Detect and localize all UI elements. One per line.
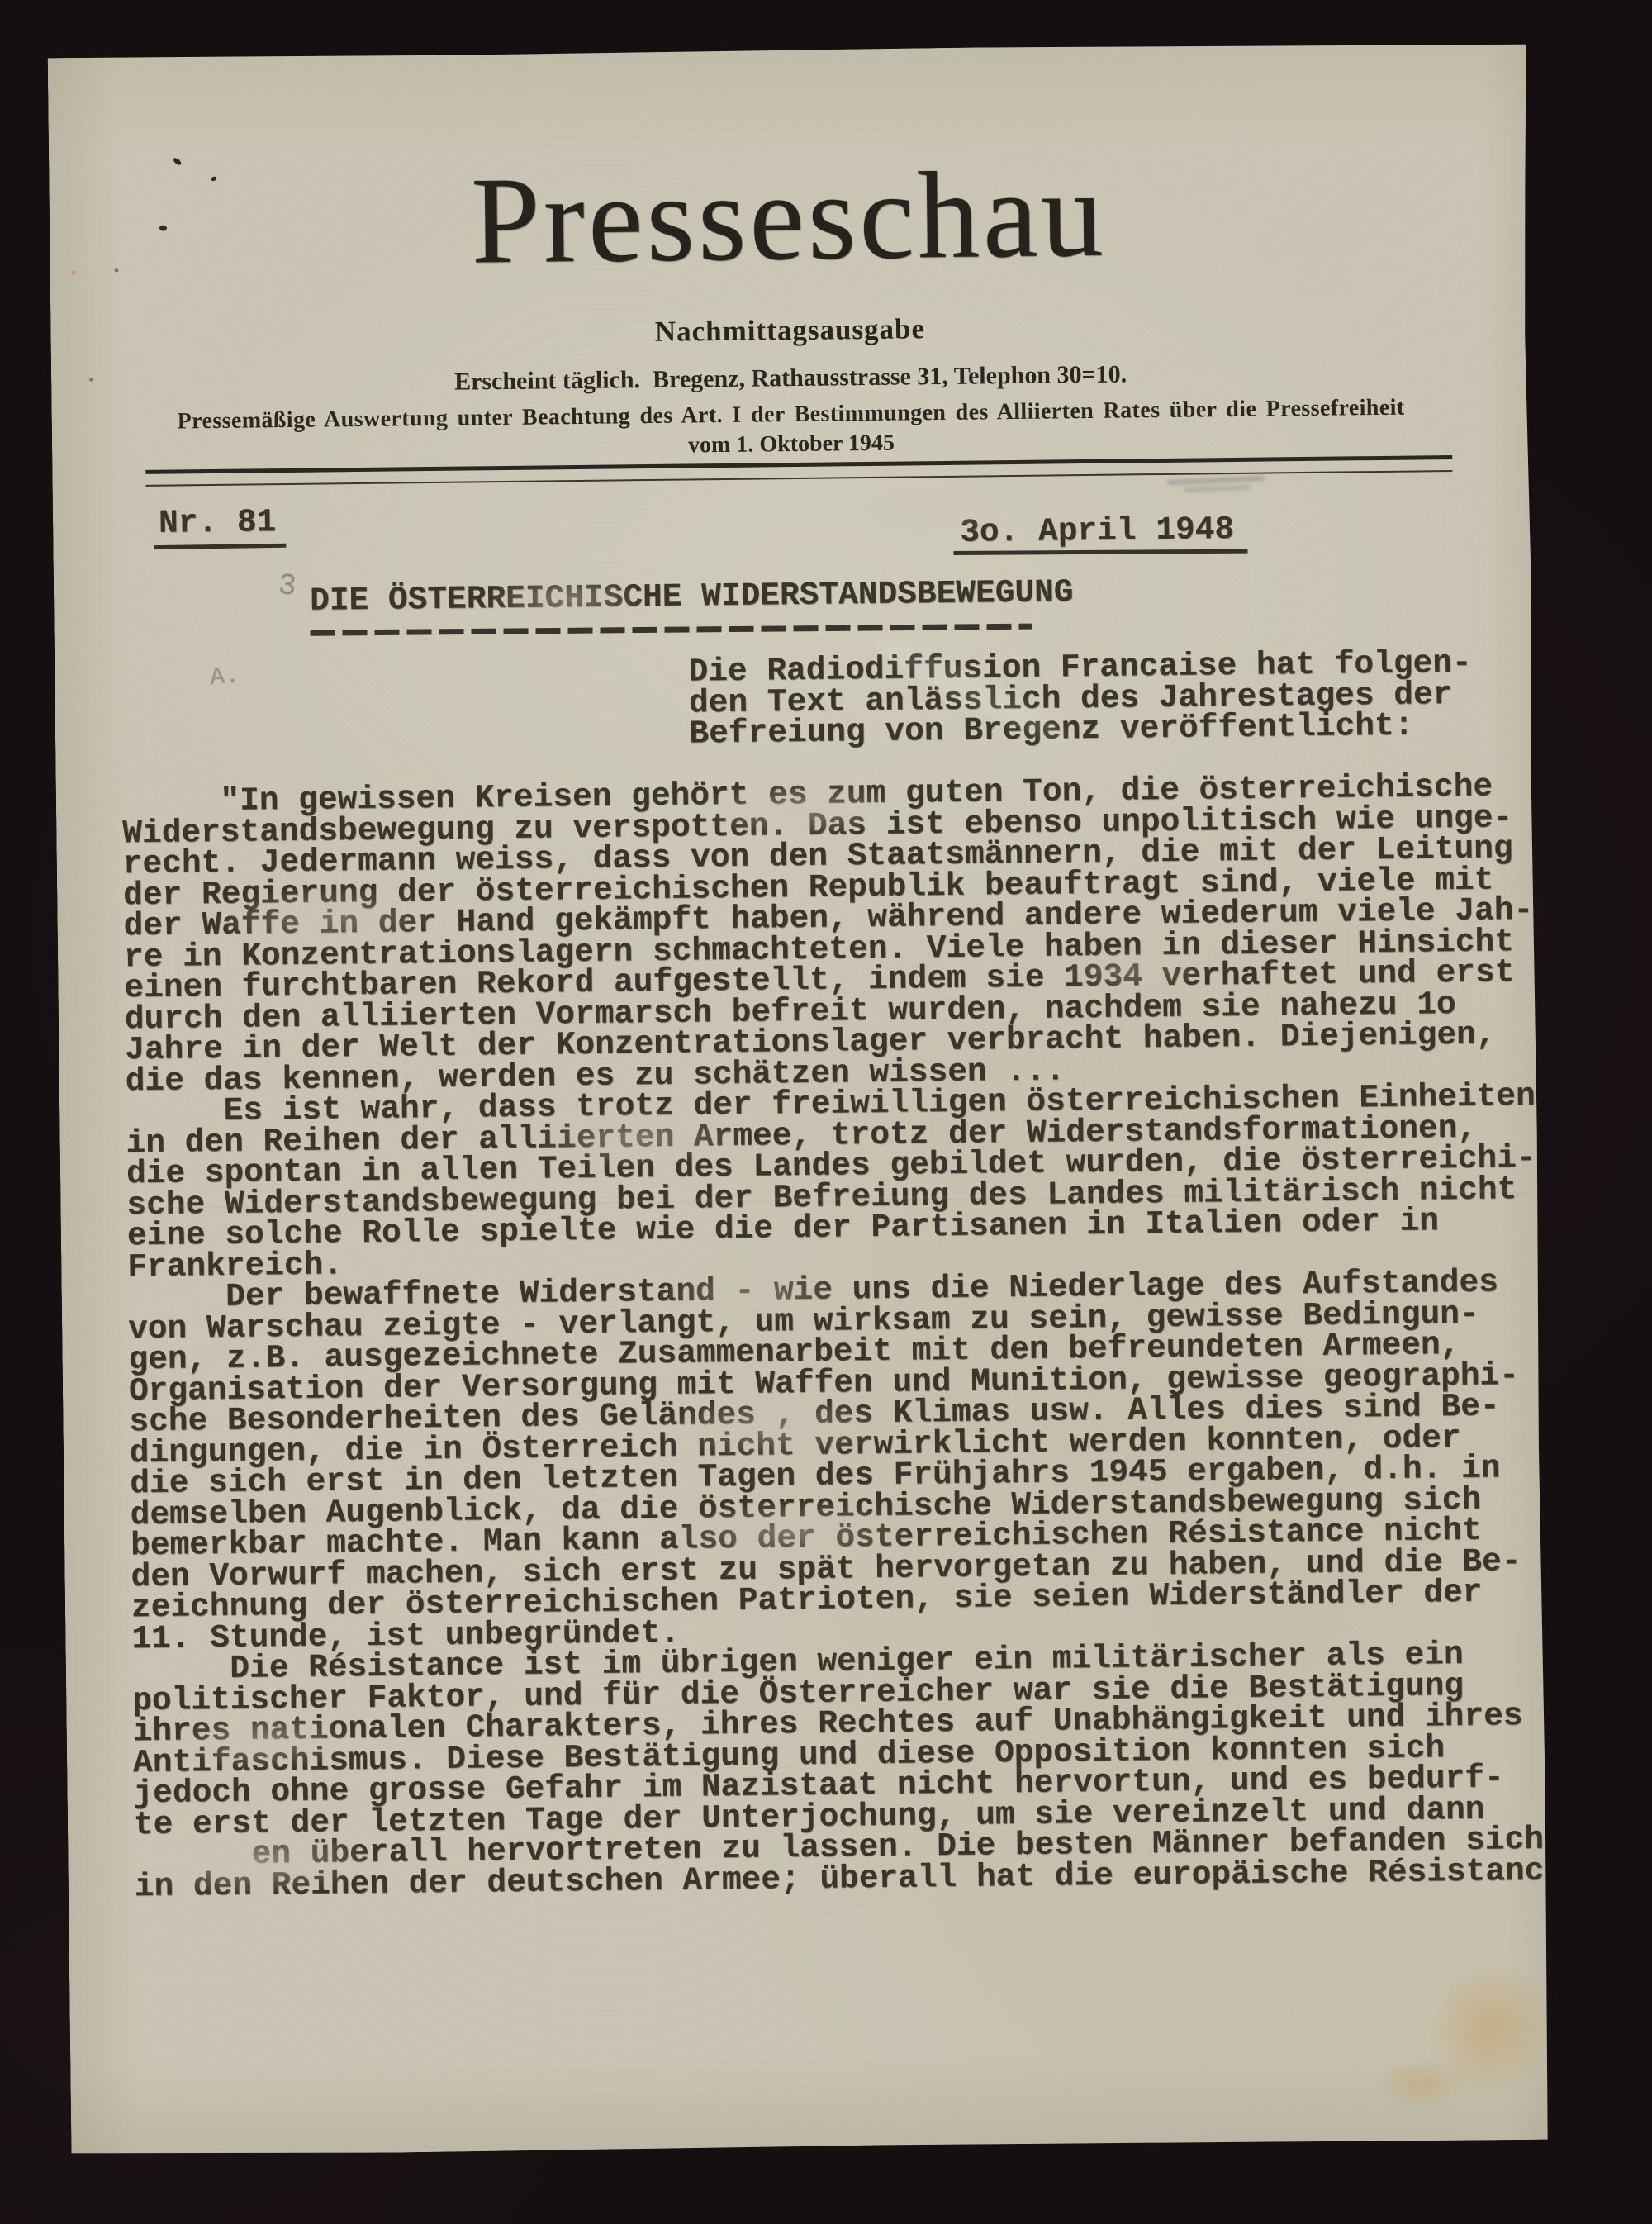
paper-stain: [1375, 2058, 1467, 2110]
ink-speck: [89, 378, 93, 382]
masthead-imprint-line: Erscheint täglich. Bregenz, Rathausstras…: [51, 356, 1530, 401]
masthead-edition: Nachmittagsausgabe: [50, 306, 1529, 355]
article-headline: DIE ÖSTERREICHISCHE WIDERSTANDSBEWEGUNG: [310, 577, 1074, 616]
issue-number: Nr. 81: [159, 506, 277, 539]
pencil-mark: 3: [277, 568, 297, 604]
scanned-page: Presseschau Nachmittagsausgabe Erscheint…: [48, 41, 1550, 2156]
issue-date: 3o. April 1948: [960, 514, 1234, 548]
ink-speck: [72, 271, 76, 275]
issue-date-underline: [954, 549, 1248, 555]
pencil-mark: A.: [209, 662, 241, 692]
headline-dashed-underline: [311, 624, 1032, 636]
ink-speck: [115, 268, 119, 272]
masthead-title: Presseschau: [49, 147, 1529, 288]
issue-number-underline: [154, 544, 286, 549]
article-body: Die Radiodiffusion Francaise hat folgen-…: [121, 646, 1588, 1902]
ghost-stamp-mark: [1167, 472, 1275, 505]
ink-speck: [159, 226, 167, 231]
scan-background: { "document": { "masthead": { "title": "…: [0, 0, 1652, 2224]
